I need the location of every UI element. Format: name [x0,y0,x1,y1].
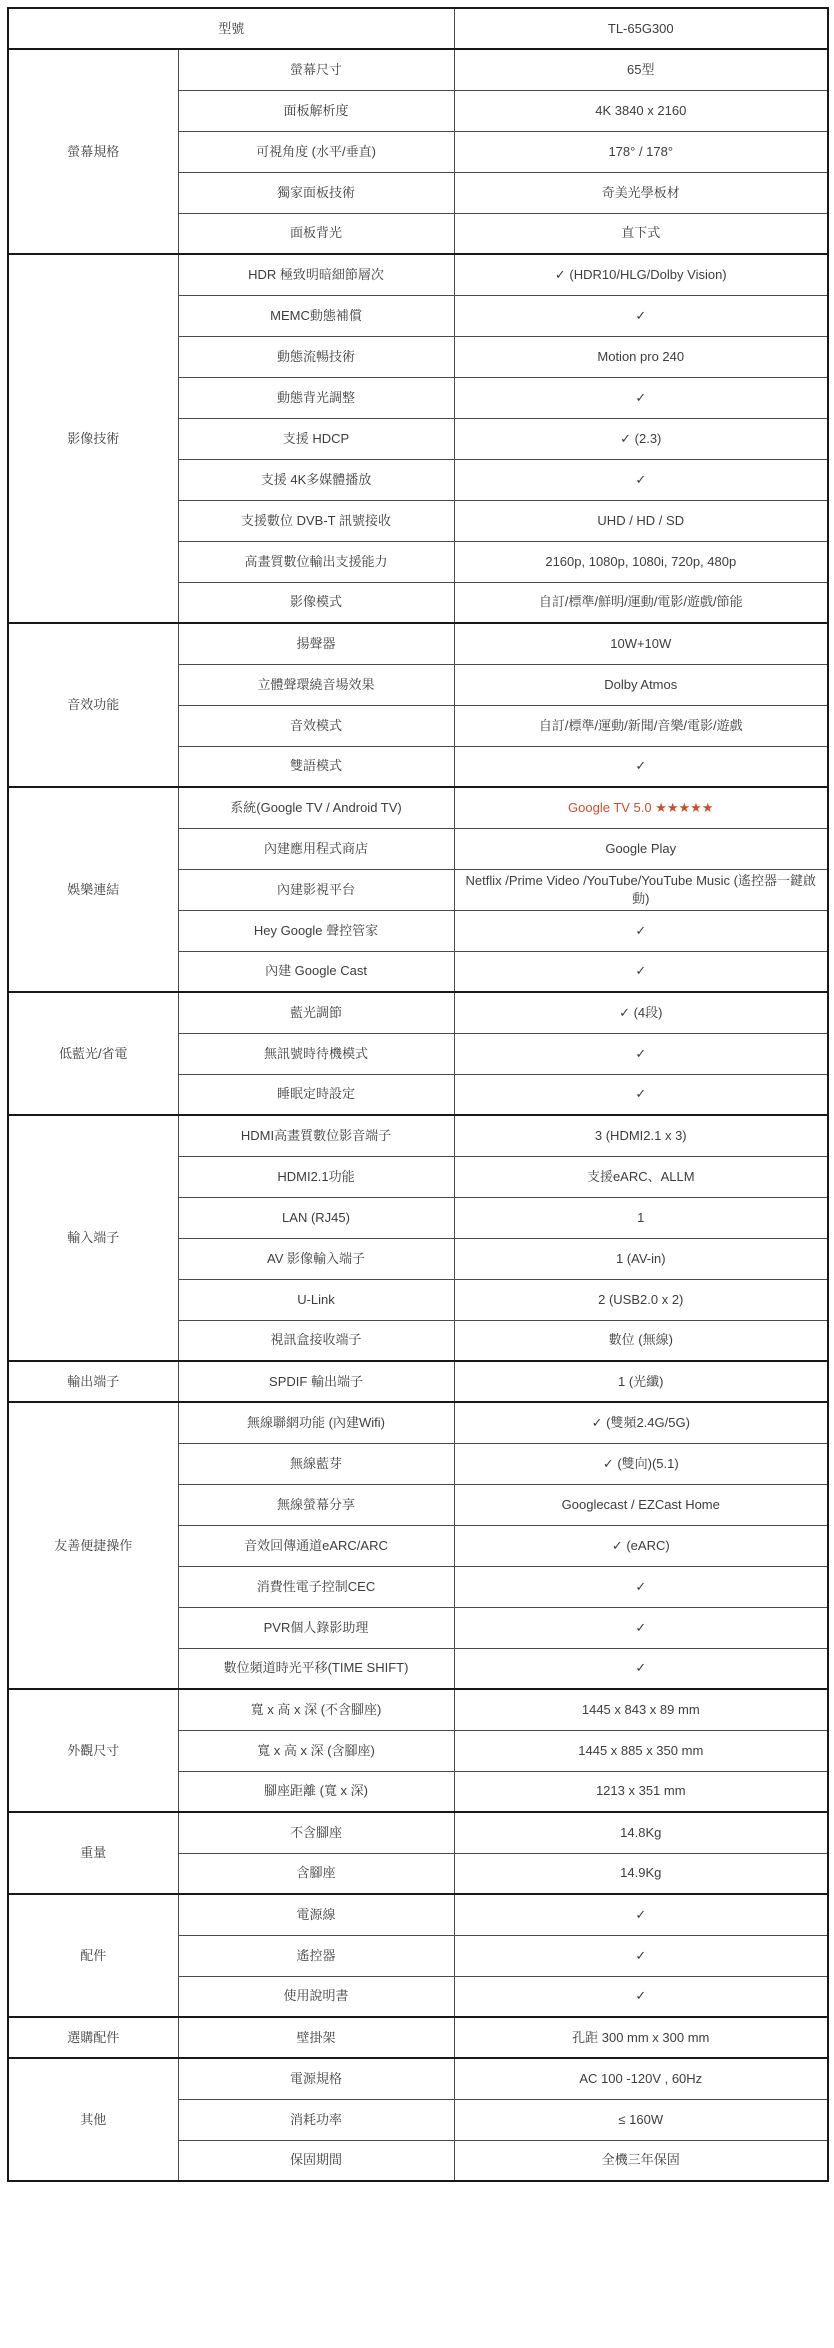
spec-label-cell: 消耗功率 [178,2099,454,2140]
spec-label-cell: HDMI2.1功能 [178,1156,454,1197]
spec-value-cell: 自訂/標準/鮮明/運動/電影/遊戲/節能 [454,582,828,623]
spec-value-cell: ✓ [454,295,828,336]
spec-sheet-page: 型號TL-65G300螢幕規格螢幕尺寸65型面板解析度4K 3840 x 216… [0,0,834,2191]
model-row: 型號TL-65G300 [8,8,828,49]
category-cell: 友善便捷操作 [8,1402,178,1689]
category-cell: 輸出端子 [8,1361,178,1402]
spec-label-cell: 支援 HDCP [178,418,454,459]
spec-label-cell: 揚聲器 [178,623,454,664]
spec-value-cell: 全機三年保固 [454,2140,828,2181]
spec-label-cell: 支援 4K多媒體播放 [178,459,454,500]
spec-label-cell: 面板解析度 [178,90,454,131]
spec-value-cell: ✓ [454,459,828,500]
spec-value-cell: ✓ (eARC) [454,1525,828,1566]
spec-row: 重量不含腳座14.8Kg [8,1812,828,1853]
spec-value-cell: 自訂/標準/運動/新聞/音樂/電影/遊戲 [454,705,828,746]
spec-value-cell: 直下式 [454,213,828,254]
spec-value-cell: 2 (USB2.0 x 2) [454,1279,828,1320]
spec-label-cell: 音效回傳通道eARC/ARC [178,1525,454,1566]
spec-row: 選購配件壁掛架孔距 300 mm x 300 mm [8,2017,828,2058]
spec-label-cell: MEMC動態補償 [178,295,454,336]
spec-row: 影像技術HDR 極致明暗細節層次✓ (HDR10/HLG/Dolby Visio… [8,254,828,295]
spec-label-cell: 立體聲環繞音場效果 [178,664,454,705]
spec-value-cell: ✓ [454,1607,828,1648]
spec-label-cell: 藍光調節 [178,992,454,1033]
spec-label-cell: 音效模式 [178,705,454,746]
spec-value-cell: Netflix /Prime Video /YouTube/YouTube Mu… [454,869,828,910]
spec-label-cell: Hey Google 聲控管家 [178,910,454,951]
spec-label-cell: 睡眠定時設定 [178,1074,454,1115]
spec-label-cell: 高畫質數位輸出支援能力 [178,541,454,582]
spec-value-cell: 奇美光學板材 [454,172,828,213]
spec-label-cell: 內建 Google Cast [178,951,454,992]
spec-value-cell: ✓ [454,1648,828,1689]
spec-label-cell: 影像模式 [178,582,454,623]
category-cell: 輸入端子 [8,1115,178,1361]
spec-value-cell: ✓ [454,1894,828,1935]
spec-label-cell: 壁掛架 [178,2017,454,2058]
spec-label-cell: 內建應用程式商店 [178,828,454,869]
spec-label-cell: 數位頻道時光平移(TIME SHIFT) [178,1648,454,1689]
spec-label-cell: 保固期間 [178,2140,454,2181]
spec-value-cell: 孔距 300 mm x 300 mm [454,2017,828,2058]
spec-value-cell: ≤ 160W [454,2099,828,2140]
model-label-cell: 型號 [8,8,454,49]
spec-value-cell: ✓ [454,1074,828,1115]
spec-label-cell: 寬 x 高 x 深 (不含腳座) [178,1689,454,1730]
spec-label-cell: 使用說明書 [178,1976,454,2017]
spec-label-cell: 獨家面板技術 [178,172,454,213]
spec-label-cell: 消費性電子控制CEC [178,1566,454,1607]
spec-label-cell: 可視角度 (水平/垂直) [178,131,454,172]
spec-row: 輸出端子SPDIF 輸出端子1 (光纖) [8,1361,828,1402]
spec-label-cell: 螢幕尺寸 [178,49,454,90]
spec-row: 其他電源規格AC 100 -120V , 60Hz [8,2058,828,2099]
spec-value-cell: 14.8Kg [454,1812,828,1853]
spec-label-cell: 遙控器 [178,1935,454,1976]
model-value-cell: TL-65G300 [454,8,828,49]
spec-value-cell: 3 (HDMI2.1 x 3) [454,1115,828,1156]
spec-value-cell: UHD / HD / SD [454,500,828,541]
spec-label-cell: SPDIF 輸出端子 [178,1361,454,1402]
spec-value-cell: ✓ [454,910,828,951]
spec-value-cell: 1445 x 885 x 350 mm [454,1730,828,1771]
tv-spec-table: 型號TL-65G300螢幕規格螢幕尺寸65型面板解析度4K 3840 x 216… [7,7,829,2182]
category-cell: 重量 [8,1812,178,1894]
spec-value-cell: 1213 x 351 mm [454,1771,828,1812]
spec-value-cell: 65型 [454,49,828,90]
spec-value-cell: 10W+10W [454,623,828,664]
category-cell: 配件 [8,1894,178,2017]
spec-value-cell: ✓ [454,377,828,418]
spec-value-cell: ✓ (HDR10/HLG/Dolby Vision) [454,254,828,295]
spec-value-cell: 數位 (無線) [454,1320,828,1361]
spec-label-cell: 動態背光調整 [178,377,454,418]
spec-label-cell: 無線藍芽 [178,1443,454,1484]
spec-label-cell: 含腳座 [178,1853,454,1894]
category-cell: 影像技術 [8,254,178,623]
spec-label-cell: HDMI高畫質數位影音端子 [178,1115,454,1156]
spec-label-cell: LAN (RJ45) [178,1197,454,1238]
spec-value-cell: ✓ [454,1976,828,2017]
spec-label-cell: 支援數位 DVB-T 訊號接收 [178,500,454,541]
spec-value-cell: ✓ [454,1033,828,1074]
category-cell: 娛樂連結 [8,787,178,992]
spec-row: 娛樂連結系統(Google TV / Android TV)Google TV … [8,787,828,828]
spec-label-cell: 電源規格 [178,2058,454,2099]
spec-label-cell: 內建影視平台 [178,869,454,910]
category-cell: 螢幕規格 [8,49,178,254]
spec-label-cell: AV 影像輸入端子 [178,1238,454,1279]
spec-label-cell: HDR 極致明暗細節層次 [178,254,454,295]
spec-value-cell: ✓ [454,951,828,992]
category-cell: 其他 [8,2058,178,2181]
spec-value-cell: ✓ (2.3) [454,418,828,459]
spec-value-cell: 178° / 178° [454,131,828,172]
spec-label-cell: 無訊號時待機模式 [178,1033,454,1074]
category-cell: 選購配件 [8,2017,178,2058]
category-cell: 外觀尺寸 [8,1689,178,1812]
spec-value-cell: ✓ [454,1935,828,1976]
spec-row: 低藍光/省電藍光調節✓ (4段) [8,992,828,1033]
spec-value-cell: 1 (光纖) [454,1361,828,1402]
spec-label-cell: 面板背光 [178,213,454,254]
spec-value-cell: Dolby Atmos [454,664,828,705]
spec-label-cell: 無線螢幕分享 [178,1484,454,1525]
spec-value-cell: Google Play [454,828,828,869]
spec-value-cell: 4K 3840 x 2160 [454,90,828,131]
spec-value-cell: Google TV 5.0 ★★★★★ [454,787,828,828]
spec-value-cell: 2160p, 1080p, 1080i, 720p, 480p [454,541,828,582]
spec-value-cell: 1 [454,1197,828,1238]
spec-table-body: 型號TL-65G300螢幕規格螢幕尺寸65型面板解析度4K 3840 x 216… [8,8,828,2181]
spec-value-cell: ✓ (4段) [454,992,828,1033]
spec-value-cell: ✓ (雙向)(5.1) [454,1443,828,1484]
spec-value-cell: ✓ [454,1566,828,1607]
spec-row: 螢幕規格螢幕尺寸65型 [8,49,828,90]
spec-label-cell: 視訊盒接收端子 [178,1320,454,1361]
spec-value-cell: Googlecast / EZCast Home [454,1484,828,1525]
spec-value-cell: 1445 x 843 x 89 mm [454,1689,828,1730]
spec-value-cell: ✓ [454,746,828,787]
spec-label-cell: 無線聯網功能 (內建Wifi) [178,1402,454,1443]
spec-row: 配件電源線✓ [8,1894,828,1935]
spec-label-cell: PVR個人錄影助理 [178,1607,454,1648]
spec-value-cell: Motion pro 240 [454,336,828,377]
spec-label-cell: 不含腳座 [178,1812,454,1853]
spec-label-cell: U-Link [178,1279,454,1320]
spec-label-cell: 系統(Google TV / Android TV) [178,787,454,828]
spec-row: 友善便捷操作無線聯網功能 (內建Wifi)✓ (雙頻2.4G/5G) [8,1402,828,1443]
spec-label-cell: 電源線 [178,1894,454,1935]
spec-label-cell: 寬 x 高 x 深 (含腳座) [178,1730,454,1771]
spec-value-cell: ✓ (雙頻2.4G/5G) [454,1402,828,1443]
spec-row: 輸入端子HDMI高畫質數位影音端子3 (HDMI2.1 x 3) [8,1115,828,1156]
category-cell: 低藍光/省電 [8,992,178,1115]
spec-label-cell: 雙語模式 [178,746,454,787]
spec-value-cell: 支援eARC、ALLM [454,1156,828,1197]
spec-row: 外觀尺寸寬 x 高 x 深 (不含腳座)1445 x 843 x 89 mm [8,1689,828,1730]
spec-value-cell: AC 100 -120V , 60Hz [454,2058,828,2099]
spec-row: 音效功能揚聲器10W+10W [8,623,828,664]
spec-label-cell: 動態流暢技術 [178,336,454,377]
category-cell: 音效功能 [8,623,178,787]
spec-value-cell: 1 (AV-in) [454,1238,828,1279]
spec-value-cell: 14.9Kg [454,1853,828,1894]
spec-label-cell: 腳座距離 (寬 x 深) [178,1771,454,1812]
